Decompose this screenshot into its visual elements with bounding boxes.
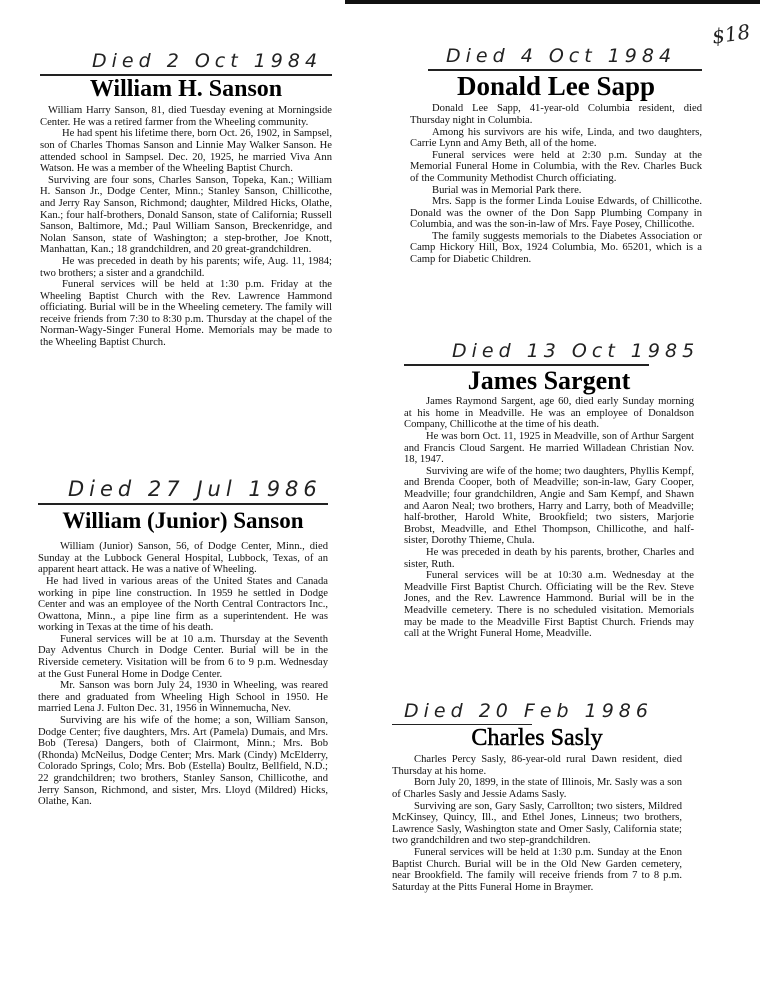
obituary-headline: William H. Sanson bbox=[40, 77, 332, 102]
obituary-body: Donald Lee Sapp, 41-year-old Columbia re… bbox=[410, 103, 702, 265]
obituary-charles-sasly: Died 20 Feb 1986 Charles Sasly Charles P… bbox=[392, 700, 682, 893]
obituary-james-sargent: Died 13 Oct 1985 James Sargent James Ray… bbox=[404, 340, 694, 640]
paragraph: He had lived in various areas of the Uni… bbox=[38, 576, 328, 634]
handwritten-death-date: Died 13 Oct 1985 bbox=[404, 340, 694, 362]
obituary-headline: Donald Lee Sapp bbox=[410, 72, 702, 100]
paragraph: Funeral services will be held at 1:30 p.… bbox=[40, 279, 332, 349]
obituary-headline: Charles Sasly bbox=[392, 726, 682, 751]
paragraph: James Raymond Sargent, age 60, died earl… bbox=[404, 396, 694, 431]
paragraph: William Harry Sanson, 81, died Tuesday e… bbox=[40, 105, 332, 128]
paragraph: William (Junior) Sanson, 56, of Dodge Ce… bbox=[38, 541, 328, 576]
paragraph: The family suggests memorials to the Dia… bbox=[410, 231, 702, 266]
handwritten-death-date: Died 2 Oct 1984 bbox=[40, 50, 332, 72]
paragraph: Mr. Sanson was born July 24, 1930 in Whe… bbox=[38, 680, 328, 715]
divider bbox=[38, 503, 328, 505]
paragraph: Burial was in Memorial Park there. bbox=[410, 185, 702, 197]
handwritten-death-date: Died 27 Jul 1986 bbox=[38, 477, 328, 501]
obituary-william-junior-sanson: Died 27 Jul 1986 William (Junior) Sanson… bbox=[38, 477, 328, 808]
paragraph: He was born Oct. 11, 1925 in Meadville, … bbox=[404, 431, 694, 466]
obituary-body: William Harry Sanson, 81, died Tuesday e… bbox=[40, 105, 332, 348]
paragraph: He was preceded in death by his parents;… bbox=[40, 256, 332, 279]
obituary-headline: William (Junior) Sanson bbox=[38, 509, 328, 533]
page-mark: $18 bbox=[711, 19, 752, 48]
paragraph: Funeral services will be at 10:30 a.m. W… bbox=[404, 570, 694, 640]
paragraph: Surviving are wife of the home; two daug… bbox=[404, 466, 694, 547]
paragraph: Surviving are four sons, Charles Sanson,… bbox=[40, 175, 332, 256]
paragraph: Mrs. Sapp is the former Linda Louise Edw… bbox=[410, 196, 702, 231]
handwritten-death-date: Died 4 Oct 1984 bbox=[410, 45, 702, 67]
paragraph: He was preceded in death by his parents,… bbox=[404, 547, 694, 570]
paragraph: Born July 20, 1899, in the state of Illi… bbox=[392, 777, 682, 800]
paragraph: Surviving are son, Gary Sasly, Carrollto… bbox=[392, 801, 682, 847]
paragraph: Donald Lee Sapp, 41-year-old Columbia re… bbox=[410, 103, 702, 126]
paragraph: Among his survivors are his wife, Linda,… bbox=[410, 127, 702, 150]
obituary-body: William (Junior) Sanson, 56, of Dodge Ce… bbox=[38, 541, 328, 808]
obituary-donald-lee-sapp: Died 4 Oct 1984 Donald Lee Sapp Donald L… bbox=[410, 45, 702, 266]
obituary-body: James Raymond Sargent, age 60, died earl… bbox=[404, 396, 694, 639]
paragraph: He had spent his lifetime there, born Oc… bbox=[40, 128, 332, 174]
paragraph: Funeral services will be held at 1:30 p.… bbox=[392, 847, 682, 893]
obituary-william-h-sanson: Died 2 Oct 1984 William H. Sanson Willia… bbox=[40, 50, 332, 349]
paragraph: Funeral services will be at 10 a.m. Thur… bbox=[38, 634, 328, 680]
handwritten-death-date: Died 20 Feb 1986 bbox=[392, 700, 682, 722]
paragraph: Funeral services were held at 2:30 p.m. … bbox=[410, 150, 702, 185]
obituary-headline: James Sargent bbox=[404, 367, 694, 394]
scan-edge-bar bbox=[345, 0, 760, 4]
paragraph: Charles Percy Sasly, 86-year-old rural D… bbox=[392, 754, 682, 777]
paragraph: Surviving are his wife of the home; a so… bbox=[38, 715, 328, 808]
obituary-body: Charles Percy Sasly, 86-year-old rural D… bbox=[392, 754, 682, 893]
